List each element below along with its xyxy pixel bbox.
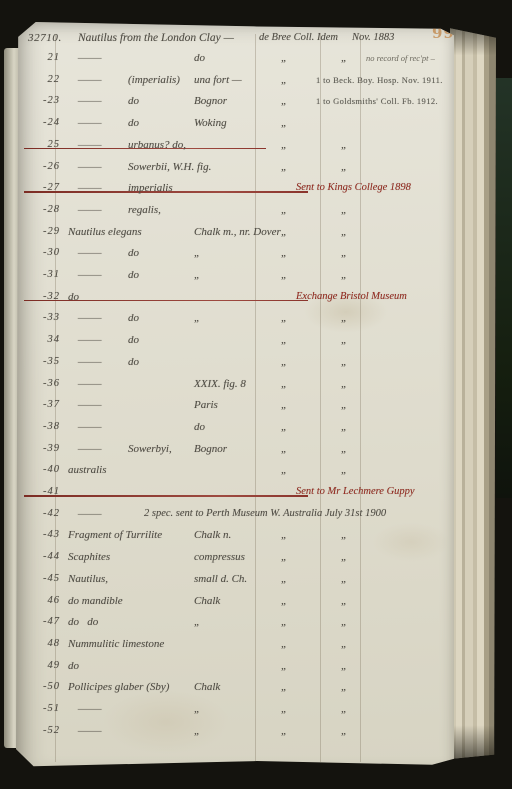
locality-entry: „ — [194, 703, 200, 715]
register-row: -36—XXIX. fig. 8„„ — [16, 378, 454, 398]
ditto-mark: „ — [341, 334, 347, 346]
specimen-number: -24 — [24, 117, 60, 128]
species-entry: do — [68, 291, 79, 303]
specimen-number: -37 — [24, 399, 60, 410]
ditto-mark: „ — [281, 660, 287, 672]
specimen-number: -40 — [24, 464, 60, 475]
ditto-mark: „ — [341, 312, 347, 324]
ditto-mark: „ — [341, 356, 347, 368]
specimen-number: -39 — [24, 443, 60, 454]
species-entry: do — [128, 247, 139, 259]
specimen-number: -43 — [24, 529, 60, 540]
species-entry: do — [128, 356, 139, 368]
species-entry: Scaphites — [68, 551, 110, 563]
specimen-number: -36 — [24, 378, 60, 389]
specimen-number: -50 — [24, 681, 60, 692]
register-row: -33—do„„„ — [16, 312, 454, 332]
ditto-mark: „ — [281, 269, 287, 281]
locality-entry: Paris — [194, 399, 218, 411]
species-entry: Pollicipes glaber (Sby) — [68, 681, 169, 693]
ditto-dash: — — [78, 725, 101, 737]
ditto-mark: „ — [281, 378, 287, 390]
ditto-mark: „ — [341, 595, 347, 607]
ditto-mark: „ — [341, 247, 347, 259]
ditto-mark: „ — [341, 421, 347, 433]
ditto-dash: — — [78, 95, 101, 107]
specimen-number: -44 — [24, 551, 60, 562]
ditto-dash: — — [78, 74, 101, 86]
ditto-mark: „ — [281, 117, 287, 129]
register-row: -24—doWoking„ — [16, 117, 454, 137]
specimen-number: -35 — [24, 356, 60, 367]
register-row: -51—„„„ — [16, 703, 454, 723]
locality-entry: Chalk m., nr. Dover — [194, 226, 281, 238]
ditto-mark: „ — [341, 226, 347, 238]
ditto-dash: — — [78, 161, 101, 173]
ditto-mark: „ — [341, 703, 347, 715]
locality-entry: Chalk — [194, 595, 220, 607]
specimen-number: -31 — [24, 269, 60, 280]
ditto-mark: „ — [281, 334, 287, 346]
register-row: -35—do„„ — [16, 356, 454, 376]
specimen-number: -41 — [24, 486, 60, 497]
species-entry: regalis, — [128, 204, 161, 216]
register-row: -37—Paris„„ — [16, 399, 454, 419]
ditto-dash: — — [78, 139, 101, 151]
ditto-mark: „ — [281, 312, 287, 324]
ditto-mark: „ — [281, 74, 287, 86]
register-page: 32710. Nautilus from the London Clay — d… — [16, 22, 454, 767]
register-row: -31—do„„„ — [16, 269, 454, 289]
register-row: 22—(imperialis)una fort —„1 to Beck. Boy… — [16, 74, 454, 94]
locality-entry: „ — [194, 616, 200, 628]
ditto-mark: „ — [281, 638, 287, 650]
specimen-number: 21 — [24, 52, 60, 63]
locality-entry: do — [194, 421, 205, 433]
ditto-dash: — — [78, 508, 101, 520]
register-row: -23—doBognor„1 to Goldsmiths' Coll. Fb. … — [16, 95, 454, 115]
ditto-mark: „ — [281, 703, 287, 715]
register-row: 25—urbanus? do,„„ — [16, 139, 454, 159]
ditto-mark: „ — [281, 399, 287, 411]
ditto-mark: „ — [341, 378, 347, 390]
locality-entry: Bognor — [194, 95, 227, 107]
specimen-number: -29 — [24, 226, 60, 237]
red-ink-annotation: Sent to Mr Lechmere Guppy — [296, 486, 415, 497]
specimen-number: 48 — [24, 638, 60, 649]
ditto-mark: „ — [281, 204, 287, 216]
register-row: -32doExchange Bristol Museum — [16, 291, 454, 311]
register-row: -52—„„„ — [16, 725, 454, 745]
locality-entry: XXIX. fig. 8 — [194, 378, 246, 390]
ditto-mark: „ — [281, 161, 287, 173]
locality-entry: una fort — — [194, 74, 242, 86]
book-photograph: 32710. Nautilus from the London Clay — d… — [0, 0, 512, 789]
ditto-mark: „ — [281, 595, 287, 607]
species-entry: Nautilus elegans — [68, 226, 142, 238]
specimen-number: -51 — [24, 703, 60, 714]
species-entry: australis — [68, 464, 107, 476]
register-row: -39—Sowerbyi,Bognor„„ — [16, 443, 454, 463]
register-row: -29Nautilus elegansChalk m., nr. Dover„„ — [16, 226, 454, 246]
red-strike-line — [24, 300, 308, 302]
register-row: -43Fragment of TurriliteChalk n.„„ — [16, 529, 454, 549]
ditto-dash: — — [78, 421, 101, 433]
ditto-dash: — — [78, 443, 101, 455]
specimen-number: -27 — [24, 182, 60, 193]
ditto-mark: „ — [341, 616, 347, 628]
ditto-mark: „ — [341, 161, 347, 173]
ditto-mark: „ — [341, 204, 347, 216]
ditto-mark: „ — [341, 139, 347, 151]
ditto-dash: — — [78, 334, 101, 346]
ditto-mark: „ — [281, 529, 287, 541]
register-row: -41Sent to Mr Lechmere Guppy — [16, 486, 454, 506]
ditto-dash: — — [78, 399, 101, 411]
species-entry: urbanus? do, — [128, 139, 186, 151]
species-entry: Nummulitic limestone — [68, 638, 164, 650]
species-entry: do mandible — [68, 595, 123, 607]
locality-entry: compressus — [194, 551, 245, 563]
red-ink-annotation: Exchange Bristol Museum — [296, 291, 407, 302]
species-entry: do — [128, 334, 139, 346]
ditto-mark: „ — [281, 551, 287, 563]
ditto-mark: „ — [341, 681, 347, 693]
ditto-mark: „ — [281, 356, 287, 368]
register-row: -47do do„„„ — [16, 616, 454, 636]
locality-entry: „ — [194, 269, 200, 281]
locality-entry: Woking — [194, 117, 227, 129]
ditto-mark: „ — [281, 725, 287, 737]
locality-entry: „ — [194, 725, 200, 737]
specimen-number: -52 — [24, 725, 60, 736]
ditto-dash: — — [78, 703, 101, 715]
register-row: -26—Sowerbii, W.H. fig.„„ — [16, 161, 454, 181]
species-entry: Sowerbii, W.H. fig. — [128, 161, 211, 173]
specimen-number: 22 — [24, 74, 60, 85]
locality-entry: Bognor — [194, 443, 227, 455]
register-row: -38—do„„ — [16, 421, 454, 441]
species-entry: Nautilus, — [68, 573, 108, 585]
ditto-mark: „ — [341, 443, 347, 455]
ditto-mark: „ — [341, 52, 347, 64]
ditto-dash: — — [78, 204, 101, 216]
register-row: -30—do„„„ — [16, 247, 454, 267]
ditto-mark: „ — [341, 529, 347, 541]
ditto-dash: — — [78, 182, 101, 194]
red-strike-line — [24, 495, 308, 497]
species-entry: Fragment of Turrilite — [68, 529, 162, 541]
ditto-dash: — — [78, 269, 101, 281]
ditto-mark: „ — [281, 681, 287, 693]
specimen-number: -42 — [24, 508, 60, 519]
register-row: -42—2 spec. sent to Perth Museum W. Aust… — [16, 508, 454, 528]
ditto-mark: „ — [341, 269, 347, 281]
book-page-edges — [450, 26, 496, 762]
species-entry: Sowerbyi, — [128, 443, 172, 455]
specimen-number: -26 — [24, 161, 60, 172]
ditto-mark: „ — [341, 464, 347, 476]
register-row: 48Nummulitic limestone„„ — [16, 638, 454, 658]
register-row: -44Scaphitescompressus„„ — [16, 551, 454, 571]
ditto-mark: „ — [341, 573, 347, 585]
specimen-number: 46 — [24, 595, 60, 606]
register-row: 34—do„„ — [16, 334, 454, 354]
species-entry: do — [128, 117, 139, 129]
specimen-number: -47 — [24, 616, 60, 627]
ditto-mark: „ — [281, 226, 287, 238]
specimen-number: 25 — [24, 139, 60, 150]
ditto-mark: „ — [341, 551, 347, 563]
ditto-mark: „ — [281, 443, 287, 455]
ditto-dash: — — [78, 117, 101, 129]
ditto-mark: „ — [341, 660, 347, 672]
ditto-mark: „ — [281, 616, 287, 628]
ditto-mark: „ — [281, 139, 287, 151]
locality-entry: small d. Ch. — [194, 573, 247, 585]
register-row: -28—regalis,„„ — [16, 204, 454, 224]
locality-entry: „ — [194, 312, 200, 324]
transfer-note: 2 spec. sent to Perth Museum W. Australi… — [144, 508, 386, 519]
ditto-mark: „ — [281, 421, 287, 433]
register-row: 49do„„ — [16, 660, 454, 680]
ditto-mark: „ — [281, 95, 287, 107]
ditto-mark: „ — [341, 638, 347, 650]
locality-entry: Chalk n. — [194, 529, 231, 541]
ditto-mark: „ — [281, 464, 287, 476]
locality-entry: do — [194, 52, 205, 64]
ditto-dash: — — [78, 247, 101, 259]
transfer-stamp-note: 1 to Beck. Boy. Hosp. Nov. 1911. — [316, 75, 443, 85]
register-row: 46do mandibleChalk„„ — [16, 595, 454, 615]
species-entry: do — [128, 269, 139, 281]
ditto-mark: „ — [281, 573, 287, 585]
ditto-mark: „ — [341, 725, 347, 737]
register-row: -40australis„„ — [16, 464, 454, 484]
species-entry: do — [128, 312, 139, 324]
ditto-dash: — — [78, 356, 101, 368]
specimen-number: -30 — [24, 247, 60, 258]
ditto-dash: — — [78, 312, 101, 324]
species-entry: do do — [68, 616, 98, 628]
specimen-number: -38 — [24, 421, 60, 432]
red-ink-annotation: Sent to Kings College 1898 — [296, 182, 411, 193]
register-row: -27—imperialisSent to Kings College 1898 — [16, 182, 454, 202]
ditto-mark: „ — [281, 52, 287, 64]
ditto-mark: „ — [281, 247, 287, 259]
locality-entry: „ — [194, 247, 200, 259]
specimen-number: -33 — [24, 312, 60, 323]
specimen-number: -32 — [24, 291, 60, 302]
register-row: -45Nautilus,small d. Ch.„„ — [16, 573, 454, 593]
specimen-number: -45 — [24, 573, 60, 584]
register-row: -50Pollicipes glaber (Sby)Chalk„„ — [16, 681, 454, 701]
species-entry: (imperialis) — [128, 74, 180, 86]
species-entry: do — [68, 660, 79, 672]
species-entry: imperialis — [128, 182, 173, 194]
ditto-dash: — — [78, 52, 101, 64]
specimen-number: -28 — [24, 204, 60, 215]
locality-entry: Chalk — [194, 681, 220, 693]
specimen-number: 34 — [24, 334, 60, 345]
species-entry: do — [128, 95, 139, 107]
specimen-number: -23 — [24, 95, 60, 106]
transfer-stamp-note: 1 to Goldsmiths' Coll. Fb. 1912. — [316, 96, 438, 106]
register-rows: 21—do„„22—(imperialis)una fort —„1 to Be… — [16, 22, 454, 767]
ditto-mark: „ — [341, 399, 347, 411]
register-row: 21—do„„ — [16, 52, 454, 72]
book-cover-edge — [496, 78, 512, 498]
specimen-number: 49 — [24, 660, 60, 671]
ditto-dash: — — [78, 378, 101, 390]
